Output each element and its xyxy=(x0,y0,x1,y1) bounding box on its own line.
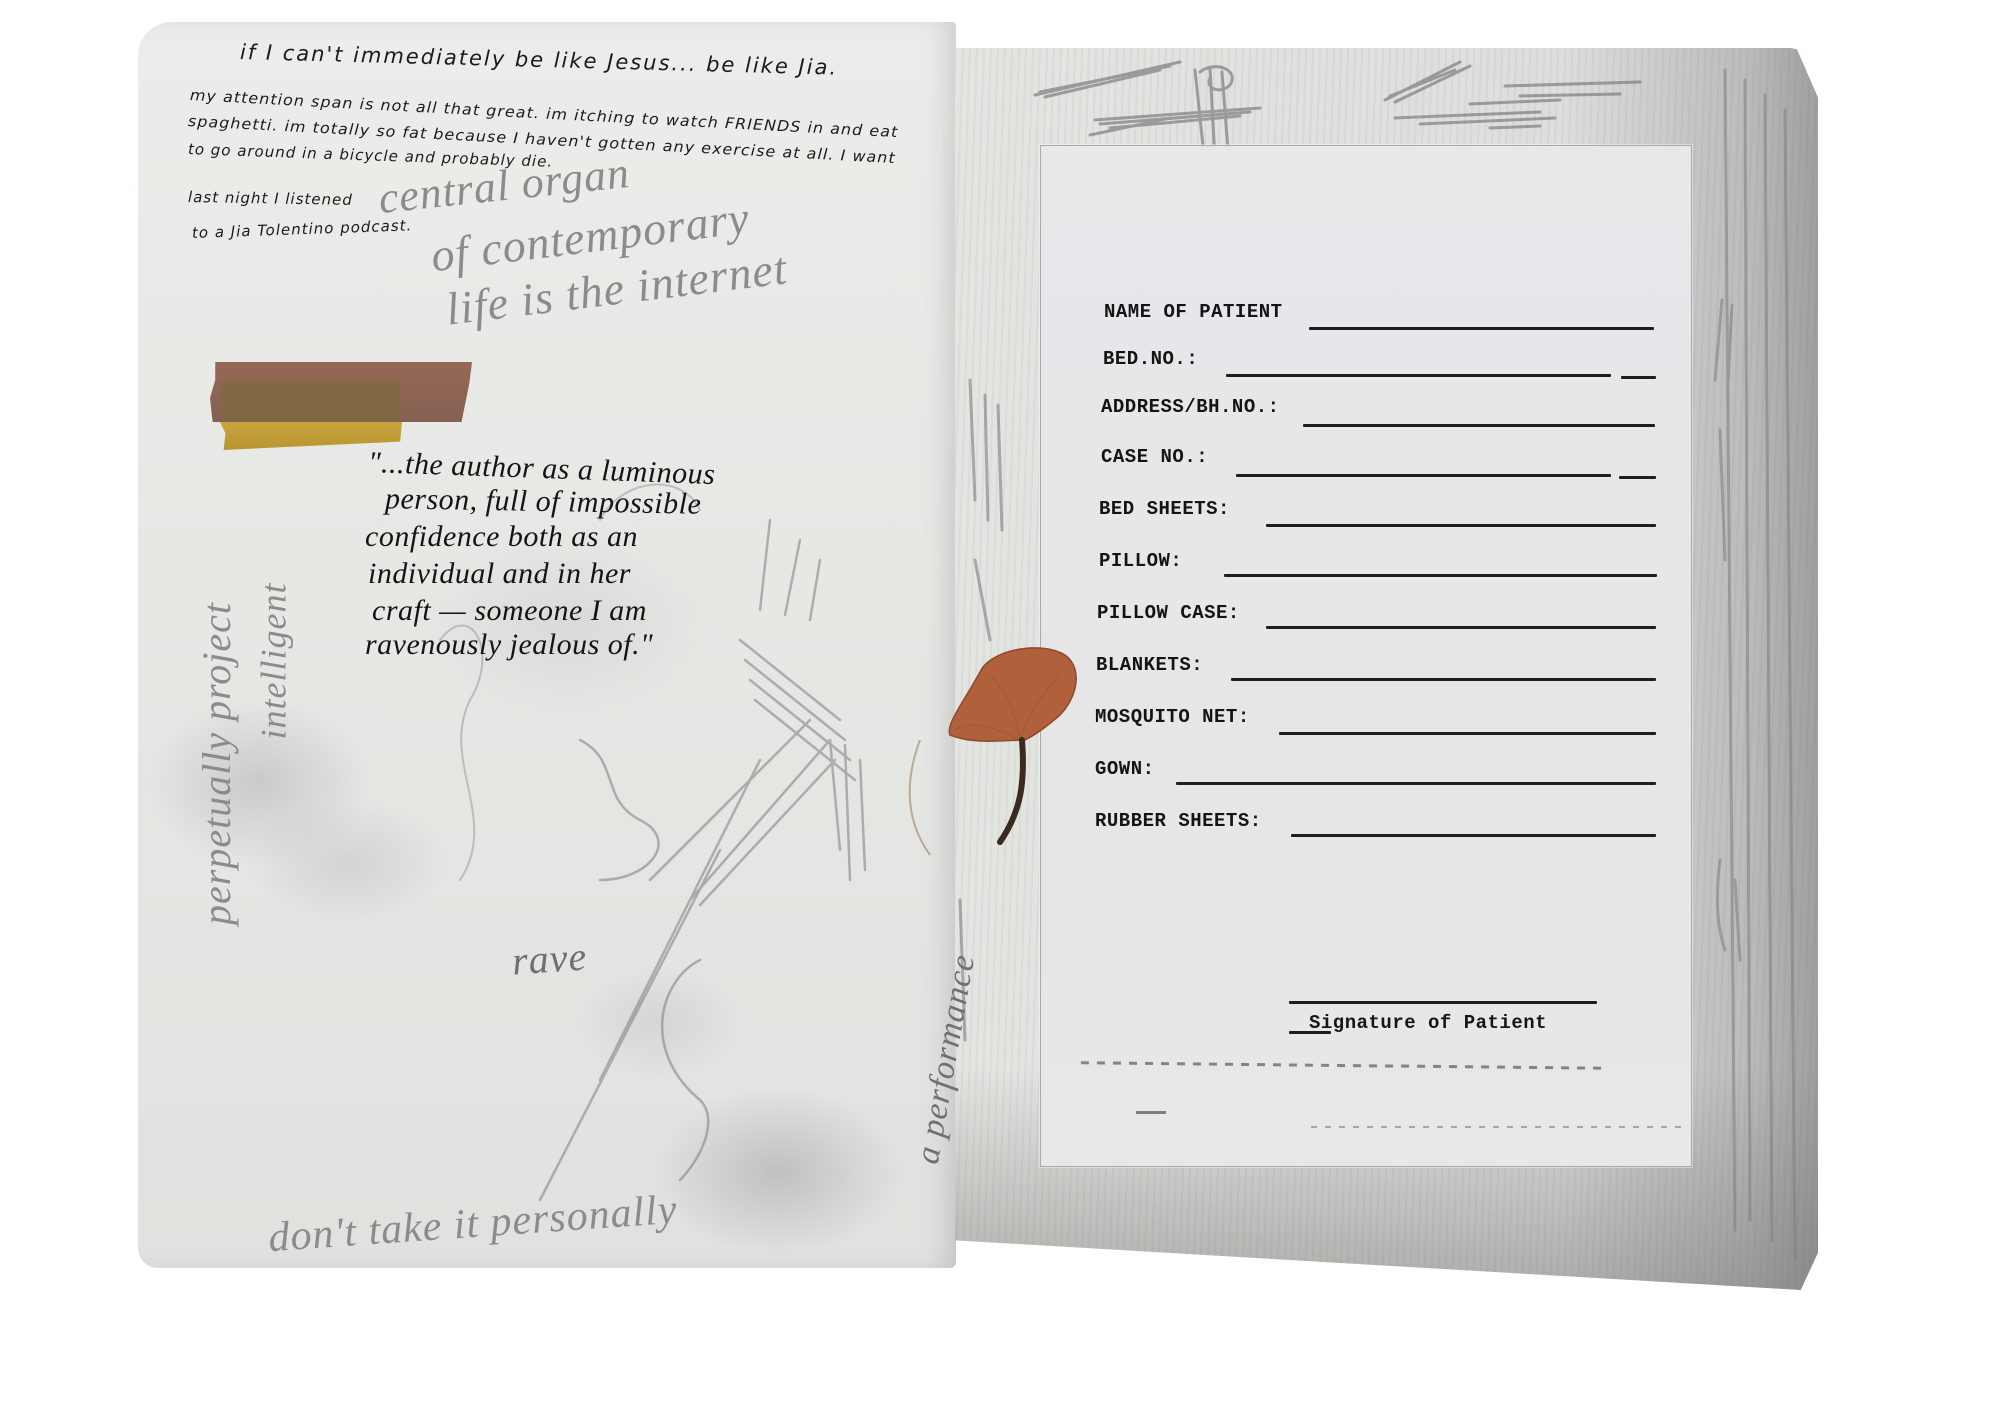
form-row-gown: GOWN: xyxy=(1041,758,1691,798)
vertical-pencil-text: intelligent xyxy=(252,583,294,740)
form-row-pillow-case: PILLOW CASE: xyxy=(1041,602,1691,642)
form-label: PILLOW: xyxy=(1099,550,1182,572)
form-label: PILLOW CASE: xyxy=(1097,602,1240,624)
form-row-blankets: BLANKETS: xyxy=(1041,654,1691,694)
form-label: BED.NO.: xyxy=(1103,348,1198,370)
form-fill-line[interactable] xyxy=(1236,474,1611,477)
faded-print-line xyxy=(1136,1111,1166,1114)
form-row-address: ADDRESS/BH.NO.: xyxy=(1041,396,1691,436)
form-fill-line[interactable] xyxy=(1309,327,1654,330)
signature-label: Signature of Patient xyxy=(1309,1012,1547,1034)
form-fill-line[interactable] xyxy=(1279,732,1656,735)
form-row-case-no: CASE NO.: xyxy=(1041,446,1691,486)
form-label: NAME OF PATIENT xyxy=(1104,301,1283,323)
form-line-segment xyxy=(1621,376,1656,379)
form-row-rubber-sheets: RUBBER SHEETS: xyxy=(1041,810,1691,850)
form-label: ADDRESS/BH.NO.: xyxy=(1101,396,1280,418)
form-fill-line[interactable] xyxy=(1291,834,1656,837)
form-fill-line[interactable] xyxy=(1226,374,1611,377)
form-line-segment xyxy=(1619,476,1656,479)
form-label: GOWN: xyxy=(1095,758,1155,780)
form-fill-line[interactable] xyxy=(1224,574,1657,577)
hospital-linen-form: NAME OF PATIENT BED.NO.: ADDRESS/BH.NO.:… xyxy=(1040,145,1692,1167)
form-row-name: NAME OF PATIENT xyxy=(1041,301,1691,341)
faded-print-line xyxy=(1311,1126,1681,1128)
ink-quote-line: ravenously jealous of." xyxy=(365,628,653,662)
pencil-word: rave xyxy=(510,932,588,984)
open-journal: if I can't immediately be like Jesus... … xyxy=(0,0,2000,1414)
form-label: RUBBER SHEETS: xyxy=(1095,810,1262,832)
faded-print-line xyxy=(1081,1061,1606,1069)
form-fill-line[interactable] xyxy=(1303,424,1655,427)
ink-quote-line: confidence both as an xyxy=(365,520,638,554)
ink-quote-line: craft — someone I am xyxy=(372,594,647,628)
form-row-pillow: PILLOW: xyxy=(1041,550,1691,590)
form-row-bed-no: BED.NO.: xyxy=(1041,348,1691,388)
form-row-bed-sheets: BED SHEETS: xyxy=(1041,498,1691,538)
form-label: BLANKETS: xyxy=(1096,654,1203,676)
form-fill-line[interactable] xyxy=(1266,626,1656,629)
washi-tape-olive-overlap xyxy=(222,381,400,421)
form-fill-line[interactable] xyxy=(1176,782,1656,785)
ink-quote-line: person, full of impossible xyxy=(385,482,702,522)
form-label: MOSQUITO NET: xyxy=(1095,706,1250,728)
vertical-pencil-text: perpetually project xyxy=(193,602,240,925)
form-row-mosquito-net: MOSQUITO NET: xyxy=(1041,706,1691,746)
form-label: BED SHEETS: xyxy=(1099,498,1230,520)
form-fill-line[interactable] xyxy=(1231,678,1656,681)
form-label: CASE NO.: xyxy=(1101,446,1208,468)
podcast-note-line: last night I listened xyxy=(188,188,353,209)
form-fill-line[interactable] xyxy=(1266,524,1656,527)
signature-line[interactable] xyxy=(1289,1001,1597,1004)
ink-quote-line: individual and in her xyxy=(368,557,631,591)
